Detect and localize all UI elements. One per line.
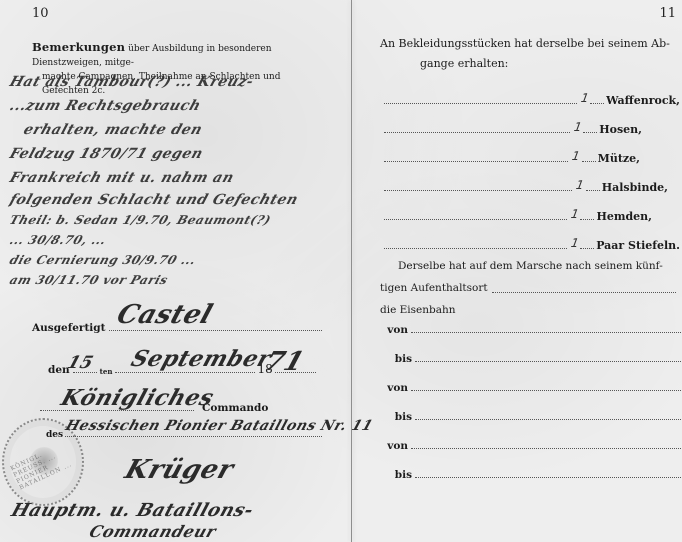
clothing-qty: 1 [571, 120, 584, 134]
route-label: von [352, 382, 408, 394]
route-label: von [352, 324, 408, 336]
clothing-dotted-line [384, 102, 577, 104]
clothing-label: Paar Stiefeln. [596, 239, 680, 252]
issued-place: Castel [113, 300, 216, 330]
right-page: 11 An Bekleidungsstücken hat derselbe be… [352, 0, 682, 542]
clothing-dotted-short [586, 189, 600, 191]
clothing-dotted-short [582, 160, 596, 162]
official-stamp: KÖNIGL. PREUSS. ... PIONIER BATAILLON ..… [2, 418, 84, 506]
clothing-label: Hosen, [599, 123, 642, 136]
clothing-qty: 1 [578, 91, 591, 105]
signature-title-line2: Commandeur [87, 522, 219, 541]
page-number-right: 11 [659, 6, 676, 21]
route-row-von: von [352, 324, 682, 336]
route-row-bis: bis [352, 469, 682, 481]
clothing-dotted-line [384, 131, 570, 133]
remarks-heading-lead: Bemerkungen [32, 40, 125, 54]
handwritten-line: ... 30/8.70, ... [7, 230, 343, 250]
march-text: Derselbe hat auf dem Marsche nach seinem… [380, 255, 676, 321]
clothing-item: 1 Halsbinde, [384, 165, 680, 194]
route-line [411, 447, 682, 449]
page-number-left: 10 [32, 6, 49, 21]
command-label: Commando [202, 402, 268, 414]
clothing-qty: 1 [568, 207, 581, 221]
unit-line [65, 435, 322, 437]
route-row-bis: bis [352, 353, 682, 365]
clothing-dotted-short [583, 131, 597, 133]
date-suffix: ten [100, 367, 113, 376]
route-row-bis: bis [352, 411, 682, 423]
route-row-von: von [352, 440, 682, 452]
route-line [411, 389, 682, 391]
handwritten-line: folgenden Schlacht und Gefechten [7, 190, 343, 210]
clothing-dotted-short [580, 218, 594, 220]
clothing-dotted-short [580, 247, 594, 249]
clothing-label: Halsbinde, [602, 181, 668, 194]
clothing-label: Waffenrock, [606, 94, 680, 107]
clothing-item: 1 Waffenrock, [384, 78, 680, 107]
clothing-label: Mütze, [598, 152, 640, 165]
clothing-dotted-line [384, 218, 567, 220]
clothing-heading: An Bekleidungsstücken hat derselbe bei s… [380, 34, 675, 74]
route-row-von: von [352, 382, 682, 394]
handwritten-remarks: Hat als Tambour(?) ... Kreuz- ...zum Rec… [10, 70, 340, 290]
stamp-text: KÖNIGL. PREUSS. ... PIONIER BATAILLON ..… [9, 437, 84, 492]
clothing-qty: 1 [574, 178, 587, 192]
clothing-dotted-line [384, 247, 567, 249]
signature: Krüger [121, 455, 237, 485]
clothing-dotted-line [384, 189, 572, 191]
issued-label: Ausgefertigt [32, 322, 105, 334]
signature-title: Hauptm. u. Bataillons- [9, 500, 257, 521]
clothing-heading-line1: An Bekleidungsstücken hat derselbe bei s… [380, 37, 670, 50]
left-page: 10 Bemerkungen über Ausbildung in besond… [0, 0, 351, 542]
march-text-line2: tigen Aufenthaltsort [380, 277, 488, 299]
march-text-line1: Derselbe hat auf dem Marsche nach seinem… [380, 255, 676, 277]
route-line [411, 331, 682, 333]
date-month: September [128, 346, 275, 372]
handwritten-line: erhalten, machte den [6, 118, 344, 142]
clothing-item: 1 Mütze, [384, 136, 680, 165]
march-destination-row: tigen Aufenthaltsort [380, 277, 676, 299]
handwritten-line: ...zum Rechtsgebrauch [6, 94, 344, 118]
clothing-item: 1 Paar Stiefeln. [384, 223, 680, 252]
handwritten-line: Frankreich mit u. nahm an [6, 166, 344, 190]
handwritten-line: Theil: b. Sedan 1/9.70, Beaumont(?) [7, 210, 343, 230]
route-label: bis [352, 411, 412, 423]
unit-handwritten: Hessischen Pionier Bataillons Nr. 11 [63, 418, 375, 434]
route-line [415, 476, 682, 478]
clothing-qty: 1 [568, 236, 581, 250]
handwritten-line: am 30/11.70 vor Paris [7, 270, 343, 290]
clothing-heading-line2: gange erhalten: [380, 54, 675, 74]
destination-line [492, 291, 676, 293]
clothing-list: 1 Waffenrock, 1 Hosen, 1 Mütze, 1 Halsb [384, 78, 680, 252]
clothing-item: 1 Hemden, [384, 194, 680, 223]
march-text-line3: die Eisenbahn [380, 299, 676, 321]
clothing-label: Hemden, [596, 210, 652, 223]
route-label: von [352, 440, 408, 452]
clothing-item: 1 Hosen, [384, 107, 680, 136]
handwritten-line: die Cernierung 30/9.70 ... [7, 250, 343, 270]
clothing-qty: 1 [569, 149, 582, 163]
handwritten-line: Hat als Tambour(?) ... Kreuz- [6, 70, 344, 94]
document-spread: 10 Bemerkungen über Ausbildung in besond… [0, 0, 682, 542]
route-line [415, 360, 682, 362]
route-label: bis [352, 469, 412, 481]
handwritten-line: Feldzug 1870/71 gegen [6, 142, 344, 166]
clothing-dotted-short [590, 102, 604, 104]
command-handwritten: Königliches [58, 385, 217, 411]
route-label: bis [352, 353, 412, 365]
clothing-dotted-line [384, 160, 568, 162]
route-line [415, 418, 682, 420]
